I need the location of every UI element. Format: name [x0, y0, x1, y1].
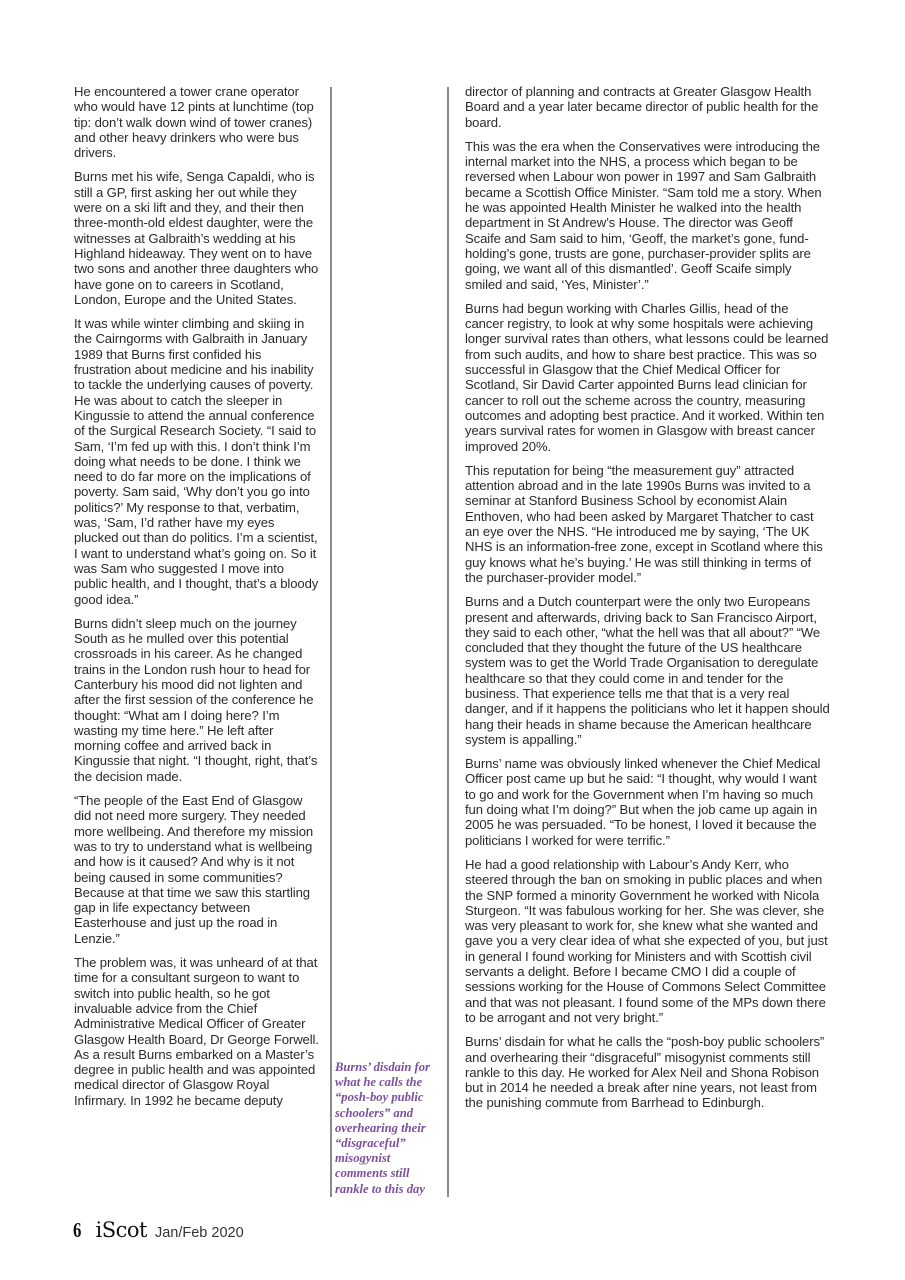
paragraph: He had a good relationship with Labour’s… [465, 857, 830, 1025]
magazine-page: He encountered a tower crane operator wh… [0, 0, 905, 1280]
paragraph: “The people of the East End of Glasgow d… [74, 793, 320, 946]
paragraph: He encountered a tower crane operator wh… [74, 84, 320, 160]
paragraph: Burns’ name was obviously linked wheneve… [465, 756, 830, 848]
paragraph: Burns didn’t sleep much on the journey S… [74, 616, 320, 784]
page-footer: 6 iScot Jan/Feb 2020 [73, 1218, 244, 1248]
paragraph: Burns met his wife, Senga Capaldi, who i… [74, 169, 320, 307]
paragraph: director of planning and contracts at Gr… [465, 84, 830, 130]
paragraph: Burns and a Dutch counterpart were the o… [465, 594, 830, 747]
column-divider-left [330, 87, 332, 1197]
paragraph: Burns had begun working with Charles Gil… [465, 301, 830, 454]
paragraph: The problem was, it was unheard of at th… [74, 955, 320, 1108]
pull-quote: Burns’ disdain for what he calls the “po… [335, 1060, 445, 1197]
magazine-logo: iScot [96, 1218, 147, 1242]
issue-date: Jan/Feb 2020 [155, 1225, 244, 1241]
paragraph: It was while winter climbing and skiing … [74, 316, 320, 607]
page-number: 6 [73, 1218, 81, 1243]
article-column-right: director of planning and contracts at Gr… [465, 84, 830, 1120]
paragraph: This was the era when the Conservatives … [465, 139, 830, 292]
paragraph: Burns’ disdain for what he calls the “po… [465, 1034, 830, 1110]
paragraph: This reputation for being “the measureme… [465, 463, 830, 585]
column-divider-right [447, 87, 449, 1197]
article-column-left: He encountered a tower crane operator wh… [74, 84, 320, 1117]
